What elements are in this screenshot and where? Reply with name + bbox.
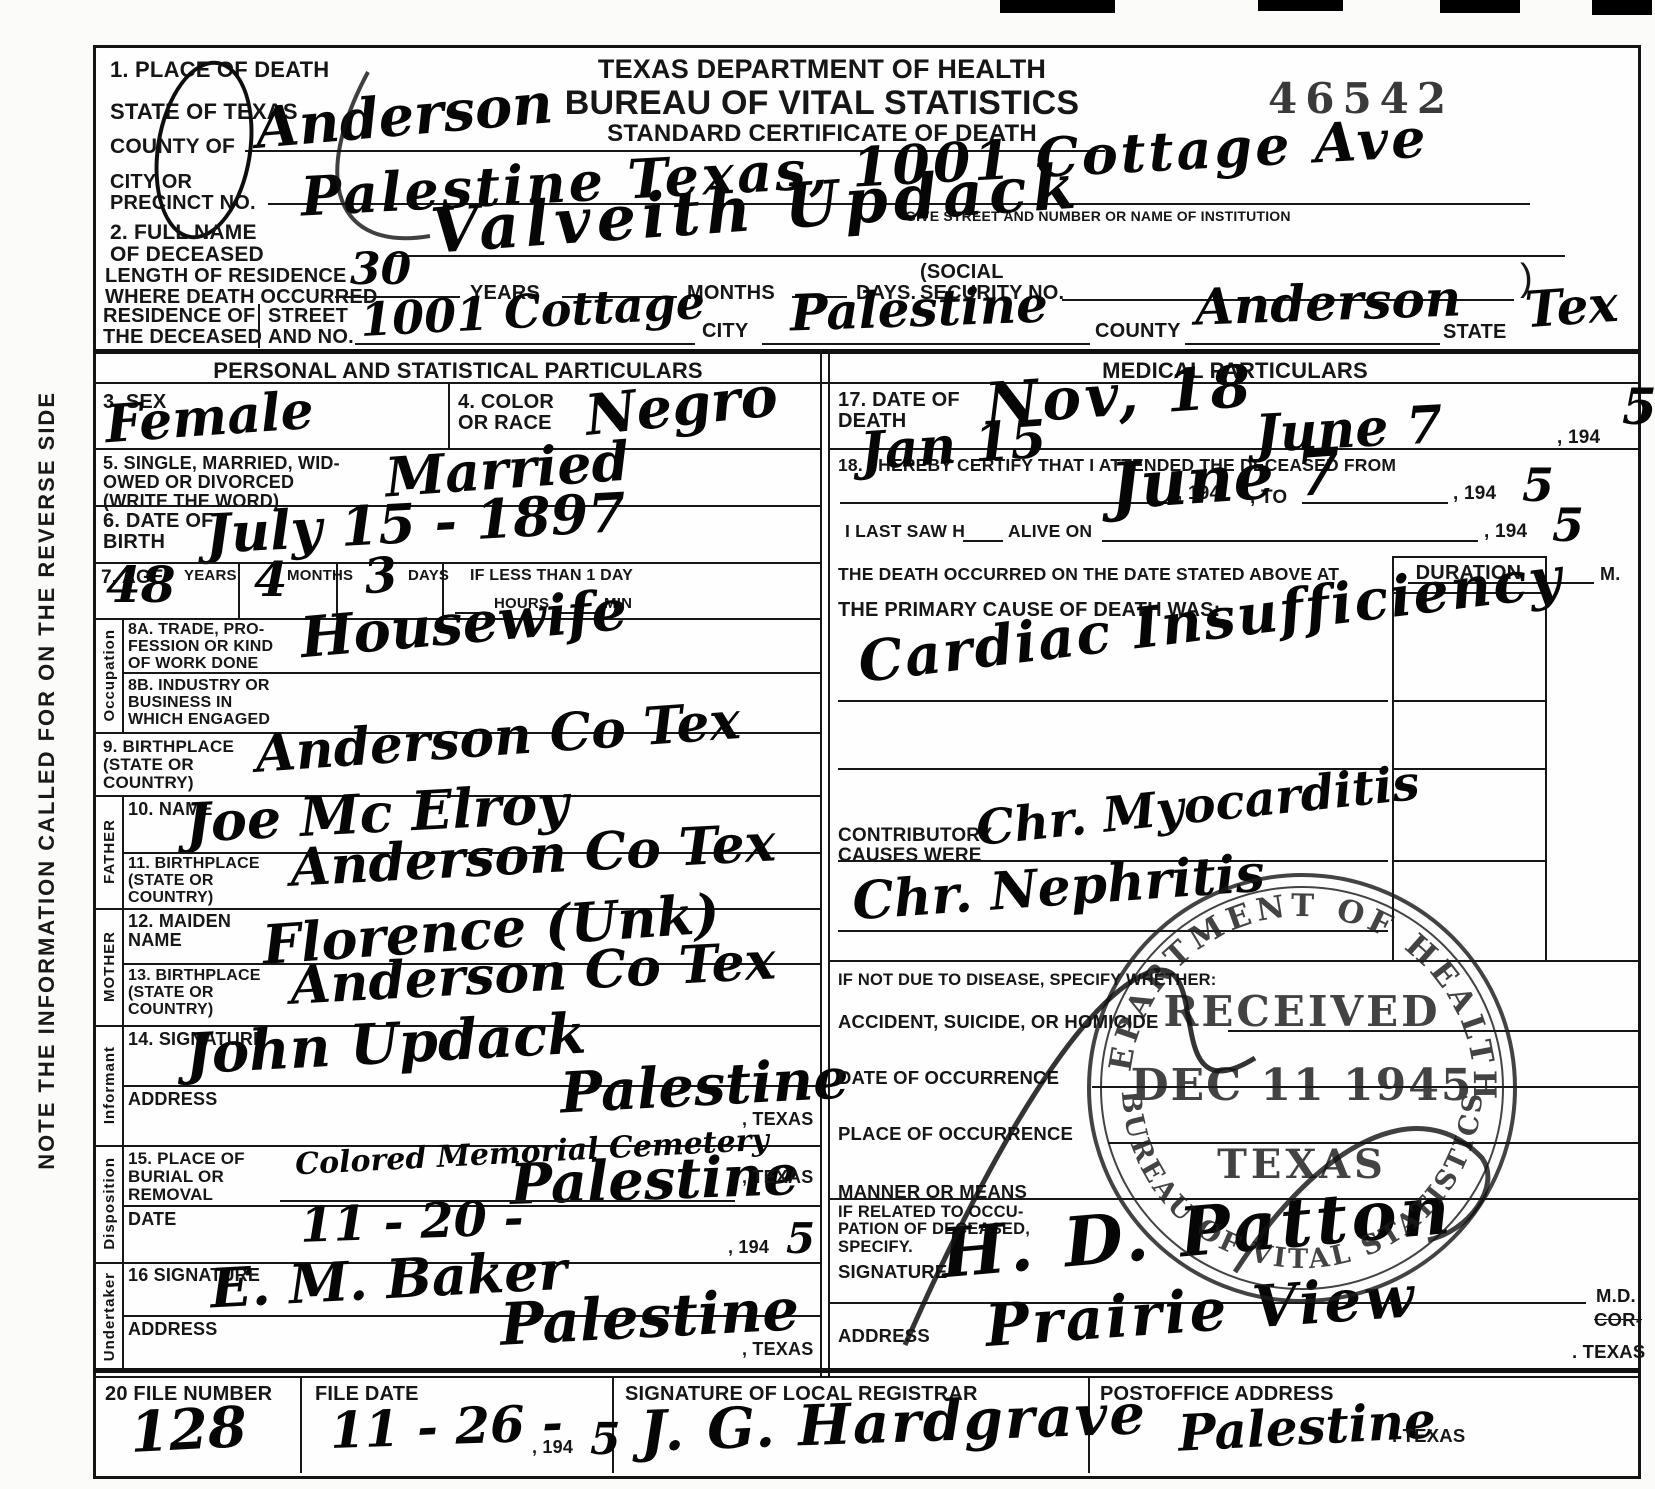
physician-address-label: ADDRESS	[838, 1326, 930, 1346]
death-certificate-scan: NOTE THE INFORMATION CALLED FOR ON THE R…	[0, 0, 1655, 1489]
informant-strip-text: Informant	[101, 1046, 118, 1124]
birthplace-label: 9. BIRTHPLACE (STATE OR COUNTRY)	[103, 738, 234, 792]
duration-line-1	[1392, 700, 1547, 702]
year-hw-3: 5	[1552, 502, 1584, 548]
informant-strip: Informant	[96, 1025, 124, 1145]
residence-years-value: 30	[350, 248, 411, 292]
father-birthplace-label: 11. BIRTHPLACE (STATE OR COUNTRY)	[128, 856, 260, 907]
bottom-bar-top-heavy	[93, 1368, 1638, 1373]
stamp-texas-text: TEXAS	[1217, 1141, 1387, 1188]
age-months-value: 4	[254, 556, 287, 604]
stamp-received-text: RECEIVED	[1163, 987, 1440, 1036]
registrar-signature-value: J. G. Hardgrave	[639, 1386, 1148, 1460]
city2-line	[762, 343, 1090, 345]
scan-artifact	[1000, 0, 1115, 13]
city2-label: CITY	[702, 321, 748, 342]
burial-texas-label: , TEXAS	[742, 1168, 813, 1187]
age-years-value: 48	[106, 560, 176, 610]
reverse-side-note-text: NOTE THE INFORMATION CALLED FOR ON THE R…	[34, 391, 60, 1170]
last-saw-blank-1	[963, 540, 1003, 542]
physician-signature-label: SIGNATURE	[838, 1262, 947, 1282]
alive-on-label: ALIVE ON	[1008, 522, 1092, 541]
scan-artifact	[1592, 0, 1652, 15]
cor-label: COR-	[1594, 1310, 1642, 1330]
county2-value: Anderson	[1194, 273, 1462, 332]
year-hw-2: 5	[1522, 462, 1554, 508]
scan-artifact	[1440, 0, 1520, 13]
disposition-strip: Disposition	[96, 1145, 124, 1262]
dept-title: TEXAS DEPARTMENT OF HEALTH	[598, 55, 1046, 84]
county2-label: COUNTY	[1095, 321, 1181, 342]
place-occurrence-label: PLACE OF OCCURRENCE	[838, 1124, 1073, 1144]
city2-value: Palestine	[789, 280, 1048, 339]
burial-label: 15. PLACE OF BURIAL OR REMOVAL	[128, 1150, 245, 1204]
undertaker-strip: Undertaker	[96, 1262, 124, 1372]
md-label: M.D.	[1596, 1286, 1636, 1306]
full-name-label: 2. FULL NAME OF DECEASED	[110, 222, 264, 267]
file-year-printed: , 194	[532, 1438, 573, 1457]
birth-date-label: 6. DATE OF BIRTH	[103, 511, 214, 553]
row-line	[122, 672, 820, 674]
sex-value: Female	[103, 385, 315, 451]
mother-birthplace-label: 13. BIRTHPLACE (STATE OR COUNTRY)	[128, 968, 261, 1019]
attended-from-value: Jan 15	[858, 414, 1048, 479]
stamp-date-text: DEC 11 1945	[1130, 1060, 1473, 1111]
column-divider-a	[820, 349, 822, 1377]
column-divider-b	[828, 349, 830, 1377]
occupation-strip-text: Occupation	[101, 629, 118, 722]
bureau-title: BUREAU OF VITAL STATISTICS	[565, 85, 1080, 121]
informant-address-label: ADDRESS	[128, 1090, 217, 1109]
residence-divider	[258, 304, 260, 348]
occupation-strip: Occupation	[96, 618, 124, 732]
undertaker-strip-text: Undertaker	[101, 1272, 118, 1361]
bottom-bar-top-thin	[93, 1376, 1638, 1378]
row-line	[93, 562, 820, 564]
father-strip-text: FATHER	[101, 819, 118, 884]
duration-line-3	[1392, 860, 1547, 862]
burial-year-hw: 5	[786, 1218, 815, 1260]
mother-strip: MOTHER	[96, 908, 124, 1025]
burial-year-printed: , 194	[728, 1238, 769, 1257]
undertaker-texas-label: , TEXAS	[742, 1340, 813, 1359]
m-label: M.	[1600, 565, 1620, 584]
trade-label: 8A. TRADE, PRO- FESSION OR KIND OF WORK …	[128, 622, 273, 673]
physician-texas-label: . TEXAS	[1572, 1342, 1645, 1362]
scan-artifact	[1258, 0, 1343, 11]
maiden-name-label: 12. MAIDEN NAME	[128, 912, 231, 950]
death-year-hw: 5	[1622, 382, 1655, 432]
duration-box-right	[1545, 556, 1547, 960]
age-months-label: MONTHS	[287, 568, 353, 584]
file-date-value: 11 - 26 -	[329, 1398, 563, 1456]
last-saw-label: I LAST SAW H	[845, 522, 965, 541]
residence-of-label: RESIDENCE OF THE DECEASED	[103, 306, 262, 348]
death-year-printed: , 194	[1557, 428, 1600, 448]
undertaker-address-label: ADDRESS	[128, 1320, 217, 1339]
last-saw-value: June 7	[1108, 440, 1343, 520]
postoffice-texas-label: . TEXAS	[1392, 1426, 1465, 1446]
mother-strip-text: MOTHER	[101, 931, 118, 1002]
color-label: 4. COLOR OR RACE	[458, 392, 554, 434]
file-year-hw: 5	[590, 1418, 621, 1462]
last-saw-blank-2	[1102, 540, 1478, 542]
bottom-divider-1	[300, 1376, 302, 1473]
street-and-no-label: STREET AND NO.	[268, 306, 354, 348]
age-divider-1	[238, 562, 240, 618]
received-stamp: DEPARTMENT OF HEALTH BUREAU OF VITAL STA…	[1082, 868, 1522, 1308]
industry-label: 8B. INDUSTRY OR BUSINESS IN WHICH ENGAGE…	[128, 678, 270, 729]
age-days-value: 3	[362, 550, 400, 601]
father-strip: FATHER	[96, 795, 124, 908]
cause-line-1	[838, 700, 1388, 702]
date-occurrence-label: DATE OF OCCURRENCE	[838, 1068, 1059, 1088]
state2-value: Tex	[1523, 279, 1619, 335]
disposition-strip-text: Disposition	[101, 1157, 118, 1250]
street-line	[355, 343, 695, 345]
year-printed-3: , 194	[1484, 522, 1527, 542]
section-divider	[93, 349, 1638, 354]
file-number-value: 128	[129, 1399, 249, 1461]
reverse-side-note: NOTE THE INFORMATION CALLED FOR ON THE R…	[24, 280, 70, 1280]
state2-label: STATE	[1443, 322, 1507, 343]
year-printed-2: , 194	[1453, 484, 1496, 504]
residence-length-label: LENGTH OF RESIDENCE WHERE DEATH OCCURRED	[105, 266, 378, 308]
sex-color-divider	[448, 382, 450, 448]
age-years-label: YEARS	[184, 568, 237, 584]
burial-date-label: DATE	[128, 1210, 176, 1229]
county2-line	[1185, 343, 1440, 345]
